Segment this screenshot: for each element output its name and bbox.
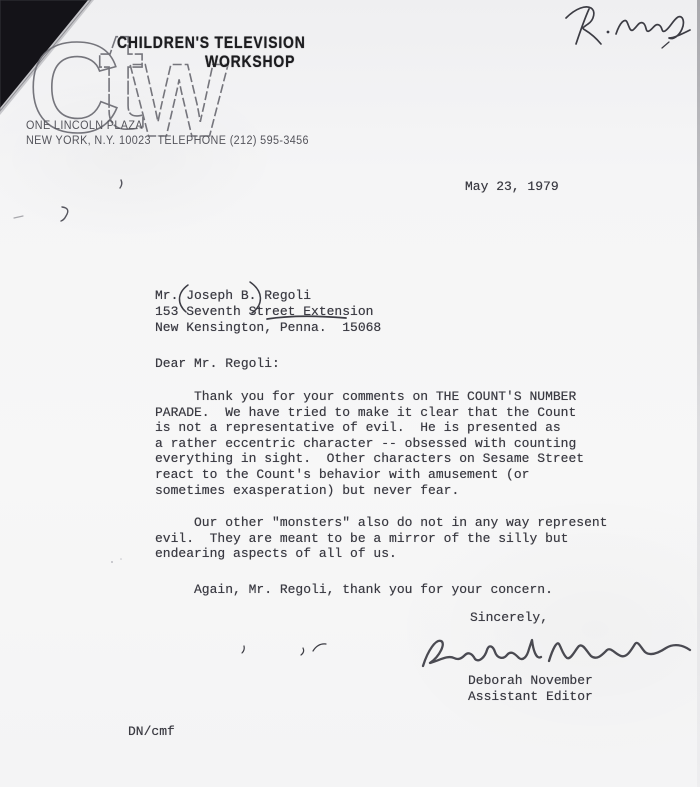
pen-parentheses xyxy=(179,282,260,313)
handwritten-annotation-r-mese xyxy=(566,7,690,48)
pen-strikethrough xyxy=(267,316,346,319)
handwriting-overlay xyxy=(0,0,700,787)
stray-pen-marks xyxy=(14,180,122,563)
faint-pen-marks xyxy=(242,644,326,655)
signature-script xyxy=(423,640,690,666)
scanned-letter-page: C t W CHILDREN'S TELEVISION WORKSHOP ONE… xyxy=(0,0,700,787)
